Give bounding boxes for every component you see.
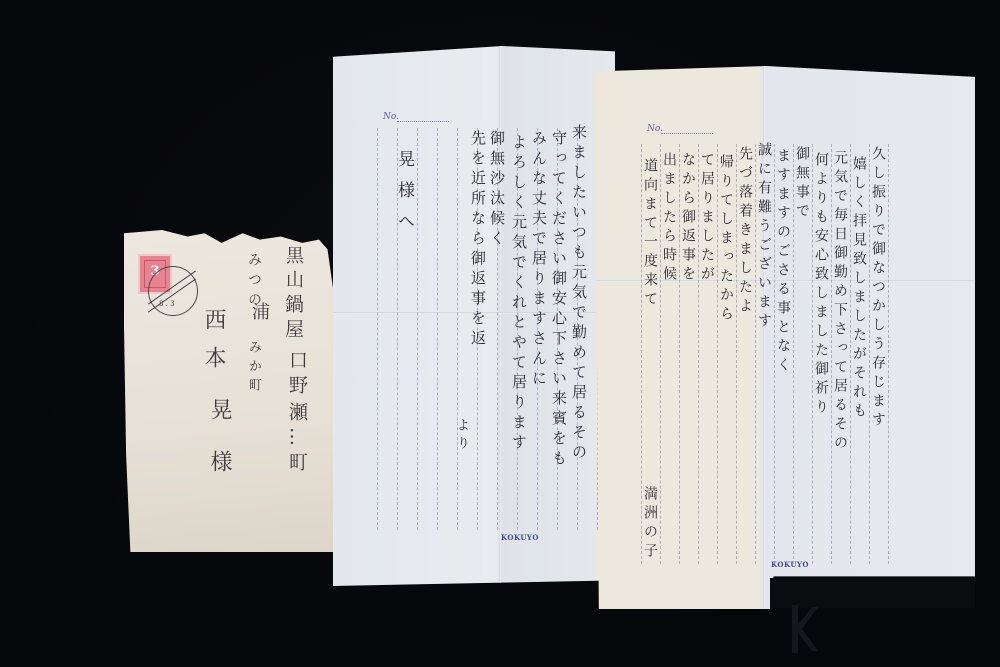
recipient-name: 西本 xyxy=(198,308,229,384)
postmark-date: 8 . 3 xyxy=(159,300,175,308)
handwritten-column: 御無事で xyxy=(795,146,809,222)
handwritten-column: 道向まて一度来て xyxy=(643,158,657,310)
handwritten-column: 晃様へ xyxy=(395,150,412,243)
no-underline xyxy=(661,133,713,134)
sub-address-line: みか町 xyxy=(244,340,263,397)
handwritten-column: みんな丈夫で居りますさんに xyxy=(531,130,546,390)
postmark-icon: 8 . 3 xyxy=(148,266,198,316)
handwritten-column: 先づ落着きましたよ xyxy=(738,146,752,317)
photo-background: 3 8 . 3 黒山 鍋屋 口野 瀬…町 みつの 浦 みか町 西本 晃 様 No… xyxy=(0,0,1000,667)
address-line: 口野 xyxy=(284,350,311,400)
no-underline xyxy=(397,121,449,122)
kokuyo-brand-logo: KOKUYO xyxy=(501,533,539,542)
sub-address-line: 浦 xyxy=(246,302,272,326)
recipient-name: 晃 xyxy=(204,398,235,426)
letter-sheet-2: No. 久し振りで御なつかしう存じます 嬉しく拝見致しましたがそれも 元気で毎日… xyxy=(595,66,975,609)
address-line: 瀬…町 xyxy=(284,402,311,477)
handwritten-column: ますますのごさる事となく xyxy=(776,148,790,376)
kokuyo-brand-logo: KOKUYO xyxy=(771,560,809,569)
letter-signature: より xyxy=(455,418,468,454)
watermark-k-icon xyxy=(790,605,818,653)
shadow-overlay xyxy=(770,578,975,608)
handwritten-column: 久し振りで御なつかしう存じます xyxy=(871,146,885,431)
letter-sheet-1: No. 晃様へ 先を近所なら御返事を返 御無沙汰候く よろしく元気でくれとやて居… xyxy=(333,46,615,586)
handwritten-column: 誠に有難うございます xyxy=(757,142,771,332)
address-line: 黒山 xyxy=(280,246,306,294)
handwritten-column: て居りましたが xyxy=(700,152,714,285)
handwritten-column: 来ましたいつも元気で勤めて居るその xyxy=(571,124,586,464)
recipient-honorific: 様 xyxy=(204,450,235,478)
address-line: 鍋屋 xyxy=(280,294,307,344)
handwritten-column: 何よりも安心致しました御祈り xyxy=(814,152,828,418)
handwritten-column: 帰りてしまったから xyxy=(719,154,733,325)
handwritten-column: 御無沙汰候く xyxy=(489,130,504,250)
handwritten-column: 満洲の子 xyxy=(643,486,657,562)
envelope: 3 8 . 3 黒山 鍋屋 口野 瀬…町 みつの 浦 みか町 西本 晃 様 xyxy=(124,230,336,552)
handwritten-column: 元気で毎日御勤め下さって居るその xyxy=(833,150,847,454)
handwritten-column: 先を近所なら御返事を返 xyxy=(470,130,485,350)
handwritten-column: 守ってください御安心下さい来賓をも xyxy=(551,130,566,470)
handwritten-column: なから御返事を xyxy=(681,152,695,285)
handwritten-column: 出ましたら時候 xyxy=(662,152,676,285)
handwritten-column: 嬉しく拝見致しましたがそれも xyxy=(852,156,866,422)
handwritten-column: よろしく元気でくれとやて居ります xyxy=(511,134,526,454)
